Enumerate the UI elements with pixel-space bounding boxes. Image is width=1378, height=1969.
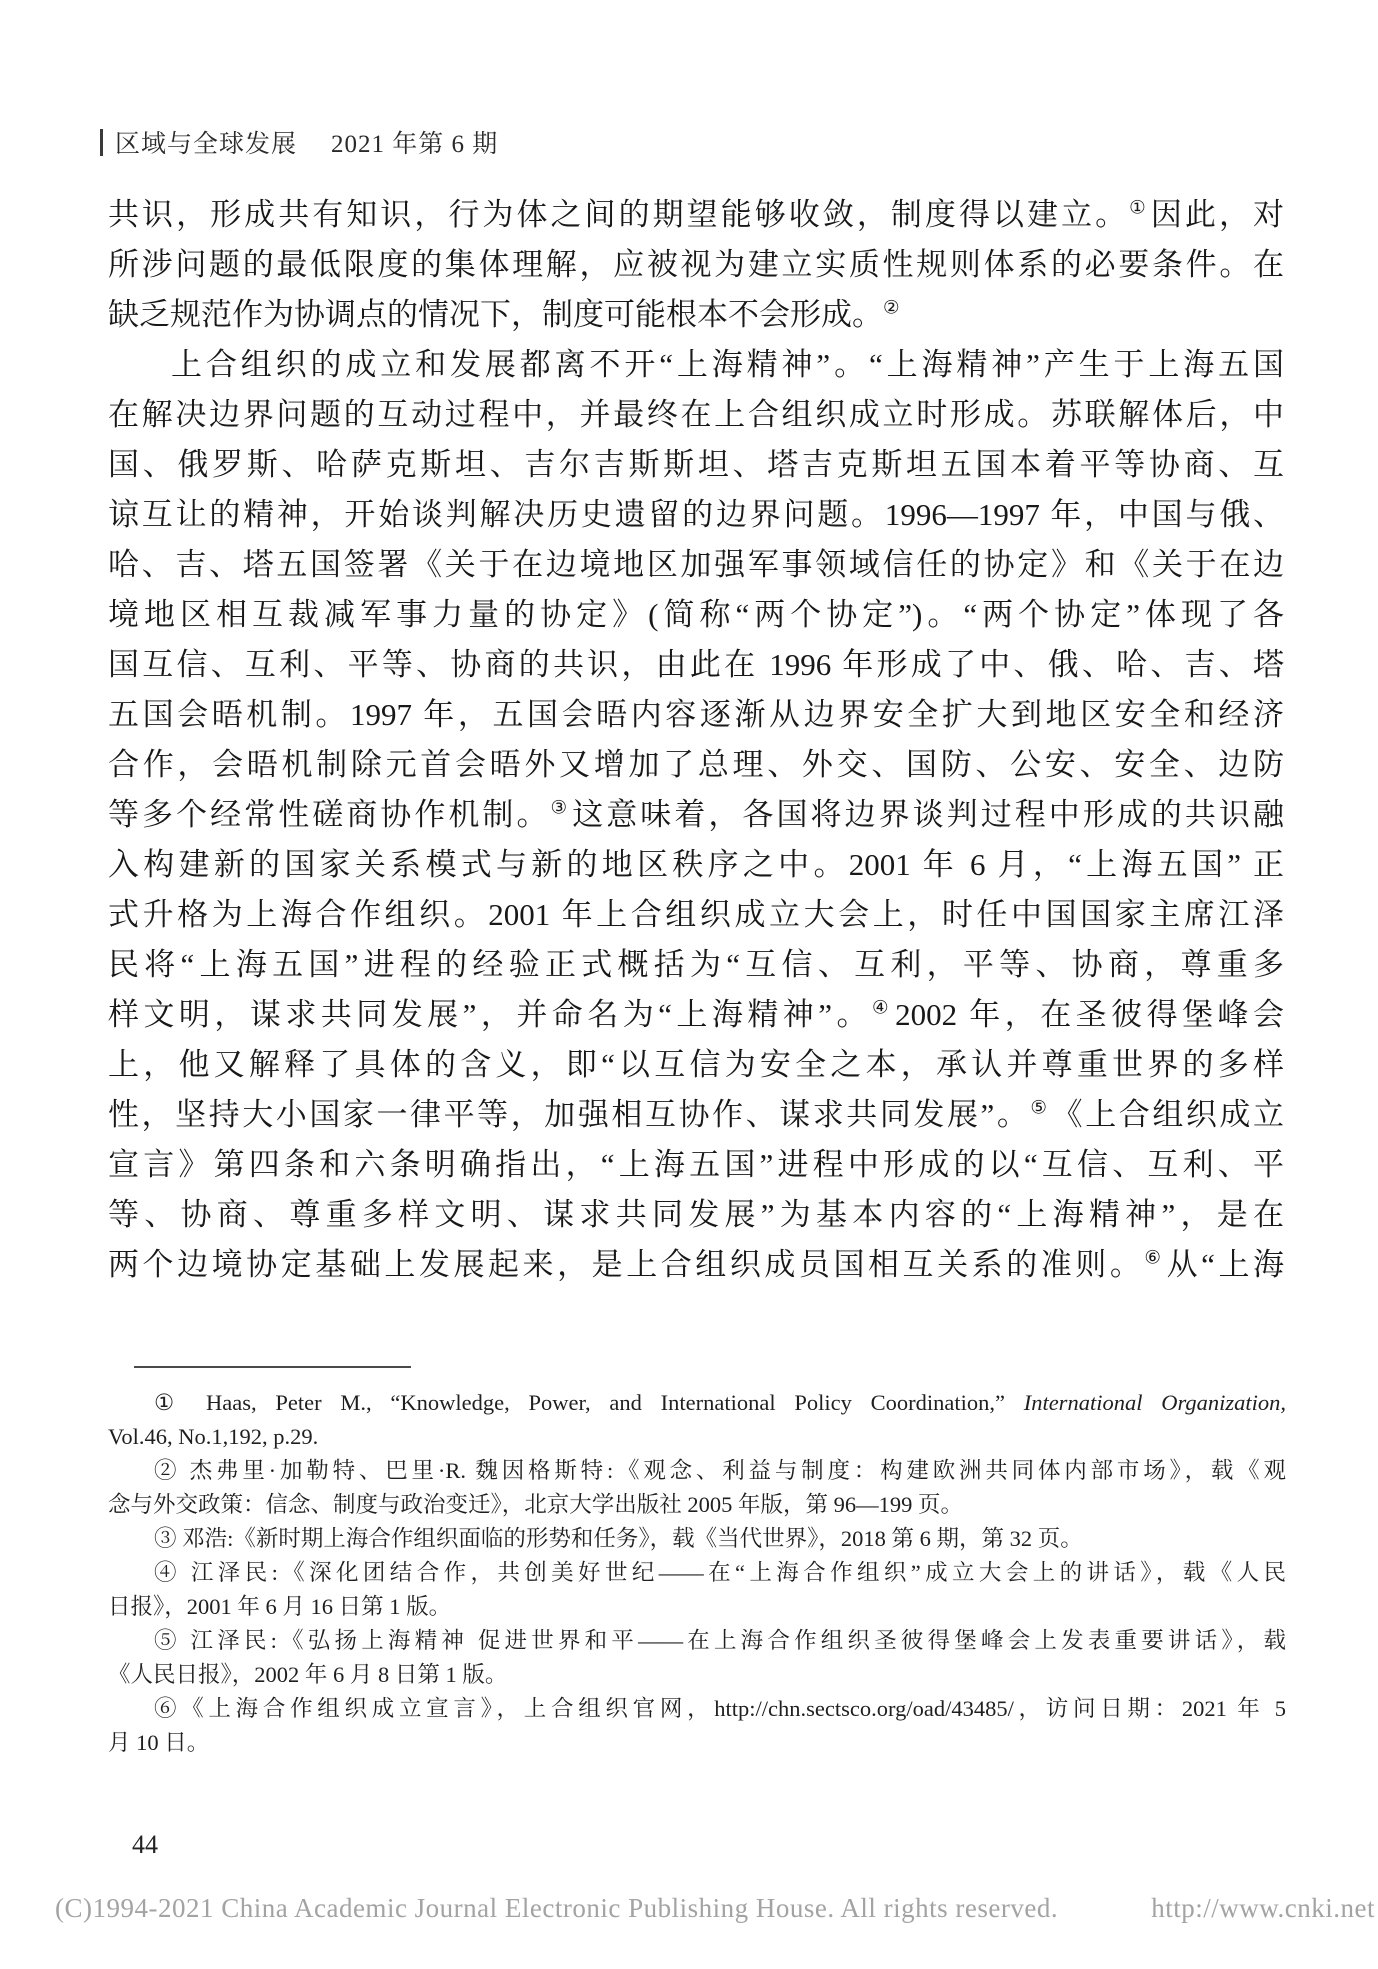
footnotes: ① Haas, Peter M., “Knowledge, Power, and… bbox=[108, 1386, 1286, 1760]
body-line: 合作，会晤机制除元首会晤外又增加了总理、外交、国防、公安、安全、边防 bbox=[108, 740, 1284, 790]
footnote-line: ⑤ 江泽民:《弘扬上海精神 促进世界和平——在上海合作组织圣彼得堡峰会上发表重要… bbox=[108, 1624, 1286, 1658]
journal-name-italic: International Organization, bbox=[1024, 1390, 1286, 1415]
body-line: 上合组织的成立和发展都离不开“上海精神”。“上海精神”产生于上海五国 bbox=[108, 340, 1284, 390]
body-line: 宣言》第四条和六条明确指出，“上海五国”进程中形成的以“互信、互利、平 bbox=[108, 1140, 1284, 1190]
body-line: 样文明，谋求共同发展”，并命名为“上海精神”。④2002 年，在圣彼得堡峰会 bbox=[108, 990, 1284, 1040]
body-line: 式升格为上海合作组织。2001 年上合组织成立大会上，时任中国国家主席江泽 bbox=[108, 890, 1284, 940]
body-line: 五国会晤机制。1997 年，五国会晤内容逐渐从边界安全扩大到地区安全和经济 bbox=[108, 690, 1284, 740]
body-line: 上，他又解释了具体的含义，即“以互信为安全之本，承认并尊重世界的多样 bbox=[108, 1040, 1284, 1090]
footnote-divider bbox=[134, 1366, 411, 1368]
publisher-url: http://www.cnki.net bbox=[1151, 1893, 1375, 1924]
footnote-line: ⑥《上海合作组织成立宣言》，上合组织官网，http://chn.sectsco.… bbox=[108, 1692, 1286, 1726]
journal-page: 区域与全球发展 2021 年第 6 期 共识，形成共有知识，行为体之间的期望能够… bbox=[0, 0, 1378, 1969]
body-line: 谅互让的精神，开始谈判解决历史遗留的边界问题。1996—1997 年，中国与俄、 bbox=[108, 490, 1284, 540]
footnote-marker: ④ bbox=[872, 998, 895, 1019]
body-line: 所涉问题的最低限度的集体理解，应被视为建立实质性规则体系的必要条件。在 bbox=[108, 240, 1284, 290]
body-line: 等多个经常性磋商协作机制。③这意味着，各国将边界谈判过程中形成的共识融 bbox=[108, 790, 1284, 840]
footnote-line: ④ 江泽民:《深化团结合作，共创美好世纪——在“上海合作组织”成立大会上的讲话》… bbox=[108, 1556, 1286, 1590]
footnote-line: 日报》，2001 年 6 月 16 日第 1 版。 bbox=[108, 1590, 1286, 1624]
body-line: 性，坚持大小国家一律平等，加强相互协作、谋求共同发展”。⑤《上合组织成立 bbox=[108, 1090, 1284, 1140]
body-line: 国互信、互利、平等、协商的共识，由此在 1996 年形成了中、俄、哈、吉、塔 bbox=[108, 640, 1284, 690]
journal-issue: 2021 年第 6 期 bbox=[331, 124, 498, 160]
footnote-marker: ⑥ bbox=[1144, 1248, 1166, 1269]
footnote-line: 月 10 日。 bbox=[108, 1726, 1286, 1760]
footnote-marker: ① bbox=[1129, 198, 1151, 219]
page-number: 44 bbox=[132, 1830, 158, 1860]
journal-title: 区域与全球发展 bbox=[115, 124, 297, 160]
footnote-marker: ⑤ bbox=[1030, 1098, 1051, 1119]
body-line: 在解决边界问题的互动过程中，并最终在上合组织成立时形成。苏联解体后，中 bbox=[108, 390, 1284, 440]
footnote-line: 念与外交政策：信念、制度与政治变迁》，北京大学出版社 2005 年版，第 96—… bbox=[108, 1488, 1286, 1522]
body-line: 共识，形成共有知识，行为体之间的期望能够收敛，制度得以建立。①因此，对 bbox=[108, 190, 1284, 240]
body-line: 入构建新的国家关系模式与新的地区秩序之中。2001 年 6 月，“上海五国” 正 bbox=[108, 840, 1284, 890]
body-line: 缺乏规范作为协调点的情况下，制度可能根本不会形成。② bbox=[108, 290, 1284, 340]
body-line: 国、俄罗斯、哈萨克斯坦、吉尔吉斯斯坦、塔吉克斯坦五国本着平等协商、互 bbox=[108, 440, 1284, 490]
footnote-line: ② 杰弗里·加勒特、巴里·R. 魏因格斯特:《观念、利益与制度：构建欧洲共同体内… bbox=[108, 1454, 1286, 1488]
body-line: 两个边境协定基础上发展起来，是上合组织成员国相互关系的准则。⑥从“上海 bbox=[108, 1240, 1284, 1290]
footnote-marker: ③ bbox=[551, 798, 573, 819]
body-line: 等、协商、尊重多样文明、谋求共同发展”为基本内容的“上海精神”，是在 bbox=[108, 1190, 1284, 1240]
page-footer: (C)1994-2021 China Academic Journal Elec… bbox=[55, 1893, 1375, 1924]
copyright-notice: (C)1994-2021 China Academic Journal Elec… bbox=[55, 1893, 1058, 1924]
footnote-line: ① Haas, Peter M., “Knowledge, Power, and… bbox=[108, 1386, 1286, 1420]
body-line: 民将“上海五国”进程的经验正式概括为“互信、互利，平等、协商，尊重多 bbox=[108, 940, 1284, 990]
footnote-marker: ② bbox=[883, 298, 902, 319]
body-line: 哈、吉、塔五国签署《关于在边境地区加强军事领域信任的协定》和《关于在边 bbox=[108, 540, 1284, 590]
footnote-line: Vol.46, No.1,192, p.29. bbox=[108, 1420, 1286, 1454]
header-rule-icon bbox=[100, 129, 103, 156]
body-line: 境地区相互裁减军事力量的协定》(简称“两个协定”)。“两个协定”体现了各 bbox=[108, 590, 1284, 640]
page-header: 区域与全球发展 2021 年第 6 期 bbox=[100, 124, 498, 160]
body-text: 共识，形成共有知识，行为体之间的期望能够收敛，制度得以建立。①因此，对所涉问题的… bbox=[108, 190, 1284, 1290]
footnote-line: ③ 邓浩:《新时期上海合作组织面临的形势和任务》，载《当代世界》，2018 第 … bbox=[108, 1522, 1286, 1556]
footnote-line: 《人民日报》，2002 年 6 月 8 日第 1 版。 bbox=[108, 1658, 1286, 1692]
